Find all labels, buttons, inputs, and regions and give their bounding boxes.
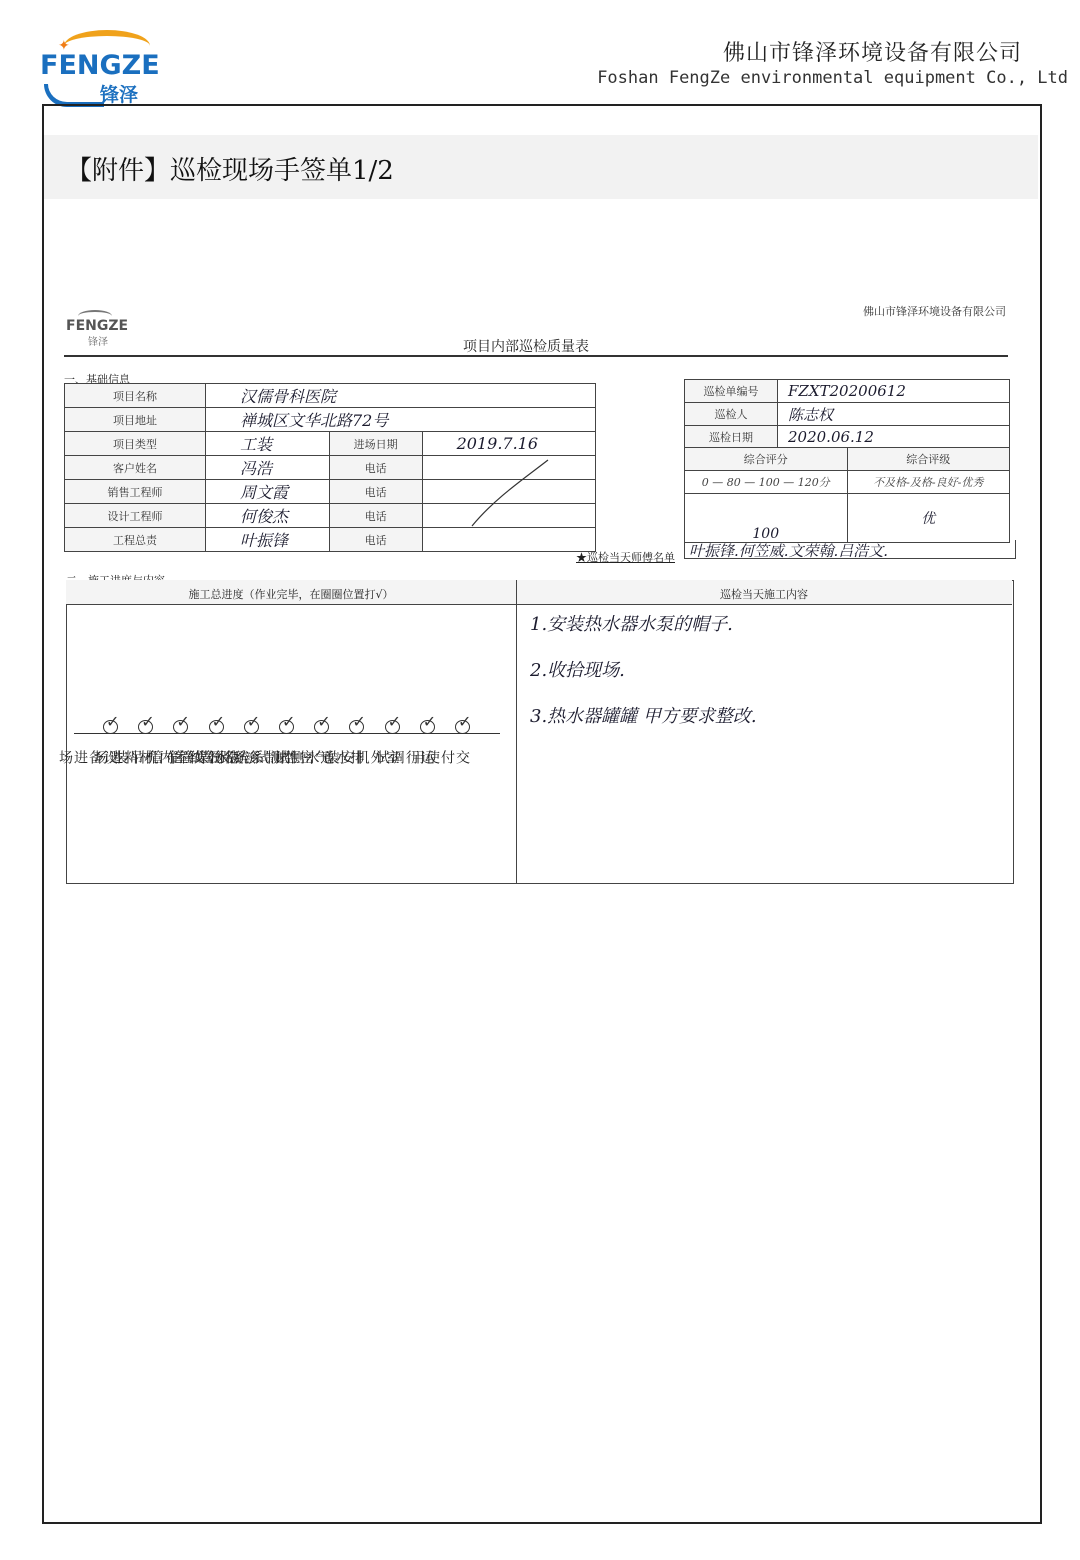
masters-label: ★巡检当天师傅名单 — [576, 549, 675, 565]
form-logo-chinese: 锋泽 — [88, 333, 108, 348]
score-table: 综合评分 综合评级 0 — 80 — 100 — 120分 不及格-及格-良好-… — [684, 447, 1010, 543]
progress-header: 施工总进度（作业完毕，在圈圈位置打√） — [66, 586, 516, 602]
pm-label: 工程总责 — [65, 528, 206, 552]
content-item: 2.收拾现场. — [530, 656, 1000, 682]
inspection-info-table: 巡检单编号 FZXT20200612 巡检人 陈志权 巡检日期 2020.06.… — [684, 379, 1010, 449]
step-label: 交付使用 — [453, 750, 469, 764]
company-logo: ✦ FENGZE 锋泽 — [40, 28, 160, 100]
phone-value — [422, 528, 595, 552]
checkmark-icon: ✓ — [176, 712, 189, 731]
phone-label: 电话 — [329, 480, 422, 504]
checkmark-icon: ✓ — [388, 712, 401, 731]
form-logo-wordmark: FENGZE — [66, 318, 128, 334]
checkmark-icon: ✓ — [423, 712, 436, 731]
form-company: 佛山市锋泽环境设备有限公司 — [863, 303, 1006, 319]
pm-value: 叶振锋 — [206, 528, 330, 552]
company-name-en: Foshan FengZe environmental equipment Co… — [597, 68, 1068, 88]
entry-date-label: 进场日期 — [329, 432, 422, 456]
sales-value: 周文霞 — [206, 480, 330, 504]
table-row: 0 — 80 — 100 — 120分 不及格-及格-良好-优秀 — [685, 471, 1010, 494]
inspection-date-value: 2020.06.12 — [778, 426, 1010, 449]
page-title: 【附件】巡检现场手签单1/2 — [66, 150, 394, 187]
type-value: 工装 — [206, 432, 330, 456]
checkmark-icon: ✓ — [212, 712, 225, 731]
masters-value: 叶振锋.何笠威.文荣翰.吕浩文. — [684, 540, 1016, 559]
score-scale: 0 — 80 — 100 — 120分 — [685, 471, 848, 494]
table-row: 巡检日期 2020.06.12 — [685, 426, 1010, 449]
inspection-no-label: 巡检单编号 — [685, 380, 778, 403]
table-row: 项目类型 工装 进场日期 2019.7.16 — [65, 432, 596, 456]
grade-label: 综合评级 — [847, 448, 1010, 471]
type-label: 项目类型 — [65, 432, 206, 456]
table-row: 巡检人 陈志权 — [685, 403, 1010, 426]
content-header: 巡检当天施工内容 — [516, 586, 1012, 602]
table-row: 100 优 — [685, 494, 1010, 543]
checkmark-icon: ✓ — [247, 712, 260, 731]
inspector-value: 陈志权 — [778, 403, 1010, 426]
sales-label: 销售工程师 — [65, 480, 206, 504]
score-value: 100 — [685, 494, 848, 543]
content-list: 1.安装热水器水泵的帽子. 2.收拾现场. 3.热水器罐罐 甲方要求整改. — [530, 610, 1000, 748]
strike-line-icon — [470, 458, 550, 528]
inspection-no-value: FZXT20200612 — [778, 380, 1010, 403]
entry-date-value: 2019.7.16 — [422, 432, 595, 456]
table-row: 巡检单编号 FZXT20200612 — [685, 380, 1010, 403]
checkmark-icon: ✓ — [141, 712, 154, 731]
content-item: 3.热水器罐罐 甲方要求整改. — [530, 702, 1000, 728]
design-value: 何俊杰 — [206, 504, 330, 528]
project-name-label: 项目名称 — [65, 384, 206, 408]
form-divider — [64, 355, 1008, 357]
company-name-cn: 佛山市锋泽环境设备有限公司 — [723, 36, 1022, 67]
form-logo: FENGZE 锋泽 — [66, 308, 126, 348]
project-name-value: 汉儒骨科医院 — [206, 384, 596, 408]
checkmark-icon: ✓ — [458, 712, 471, 731]
checkmark-icon: ✓ — [317, 712, 330, 731]
inspector-label: 巡检人 — [685, 403, 778, 426]
form-title: 项目内部巡检质量表 — [463, 336, 589, 356]
phone-label: 电话 — [329, 528, 422, 552]
design-label: 设计工程师 — [65, 504, 206, 528]
checkmark-icon: ✓ — [282, 712, 295, 731]
table-row: 综合评分 综合评级 — [685, 448, 1010, 471]
grade-scale: 不及格-及格-良好-优秀 — [847, 471, 1010, 494]
address-value: 禅城区文华北路72号 — [206, 408, 596, 432]
grade-value: 优 — [847, 494, 1010, 543]
content-item: 1.安装热水器水泵的帽子. — [530, 610, 1000, 636]
logo-chinese: 锋泽 — [100, 80, 138, 107]
customer-label: 客户姓名 — [65, 456, 206, 480]
score-label: 综合评分 — [685, 448, 848, 471]
table-row: 工程总责 叶振锋 电话 — [65, 528, 596, 552]
phone-label: 电话 — [329, 504, 422, 528]
phone-label: 电话 — [329, 456, 422, 480]
customer-value: 冯浩 — [206, 456, 330, 480]
table-row: 项目地址 禅城区文华北路72号 — [65, 408, 596, 432]
logo-wordmark: FENGZE — [40, 50, 160, 81]
checkmark-icon: ✓ — [352, 712, 365, 731]
table-row: 项目名称 汉儒骨科医院 — [65, 384, 596, 408]
checkmark-icon: ✓ — [106, 712, 119, 731]
inspection-date-label: 巡检日期 — [685, 426, 778, 449]
section-divider — [516, 580, 517, 884]
address-label: 项目地址 — [65, 408, 206, 432]
